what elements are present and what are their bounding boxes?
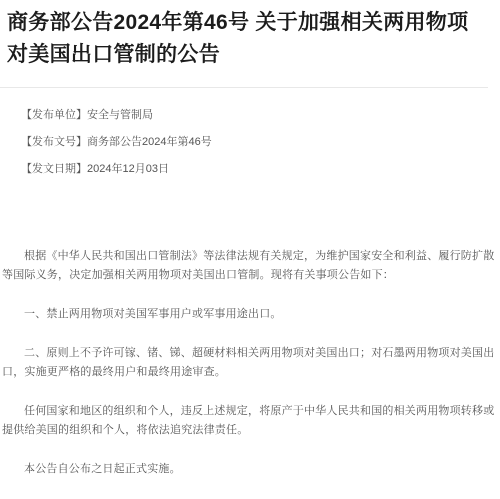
meta-section: 【发布单位】安全与管制局 【发布文号】商务部公告2024年第46号 【发文日期】… bbox=[0, 88, 500, 177]
body-paragraph-item-1: 一、禁止两用物项对美国军事用户或军事用途出口。 bbox=[2, 305, 498, 324]
meta-value-issue-date: 2024年12月03日 bbox=[87, 163, 169, 175]
body-paragraph-liability: 任何国家和地区的组织和个人，违反上述规定，将原产于中华人民共和国的相关两用物项转… bbox=[2, 402, 498, 440]
meta-item-publisher: 【发布单位】安全与管制局 bbox=[21, 108, 490, 123]
meta-label-issue-date: 【发文日期】 bbox=[21, 163, 87, 175]
body-paragraph-intro: 根据《中华人民共和国出口管制法》等法律法规有关规定，为维护国家安全和利益、履行防… bbox=[2, 247, 498, 285]
body-paragraph-item-2: 二、原则上不予许可镓、锗、锑、超硬材料相关两用物项对美国出口；对石墨两用物项对美… bbox=[2, 344, 498, 382]
page-title: 商务部公告2024年第46号 关于加强相关两用物项对美国出口管制的公告 bbox=[0, 0, 500, 71]
meta-item-issue-date: 【发文日期】2024年12月03日 bbox=[21, 162, 490, 177]
announcement-page: 商务部公告2024年第46号 关于加强相关两用物项对美国出口管制的公告 【发布单… bbox=[0, 0, 500, 499]
body-paragraph-effective-date: 本公告自公布之日起正式实施。 bbox=[2, 460, 498, 479]
meta-value-publisher: 安全与管制局 bbox=[87, 109, 153, 121]
meta-item-doc-number: 【发布文号】商务部公告2024年第46号 bbox=[21, 135, 490, 150]
meta-value-doc-number: 商务部公告2024年第46号 bbox=[87, 136, 212, 148]
meta-label-publisher: 【发布单位】 bbox=[21, 109, 87, 121]
meta-label-doc-number: 【发布文号】 bbox=[21, 136, 87, 148]
announcement-body: 根据《中华人民共和国出口管制法》等法律法规有关规定，为维护国家安全和利益、履行防… bbox=[0, 189, 500, 479]
